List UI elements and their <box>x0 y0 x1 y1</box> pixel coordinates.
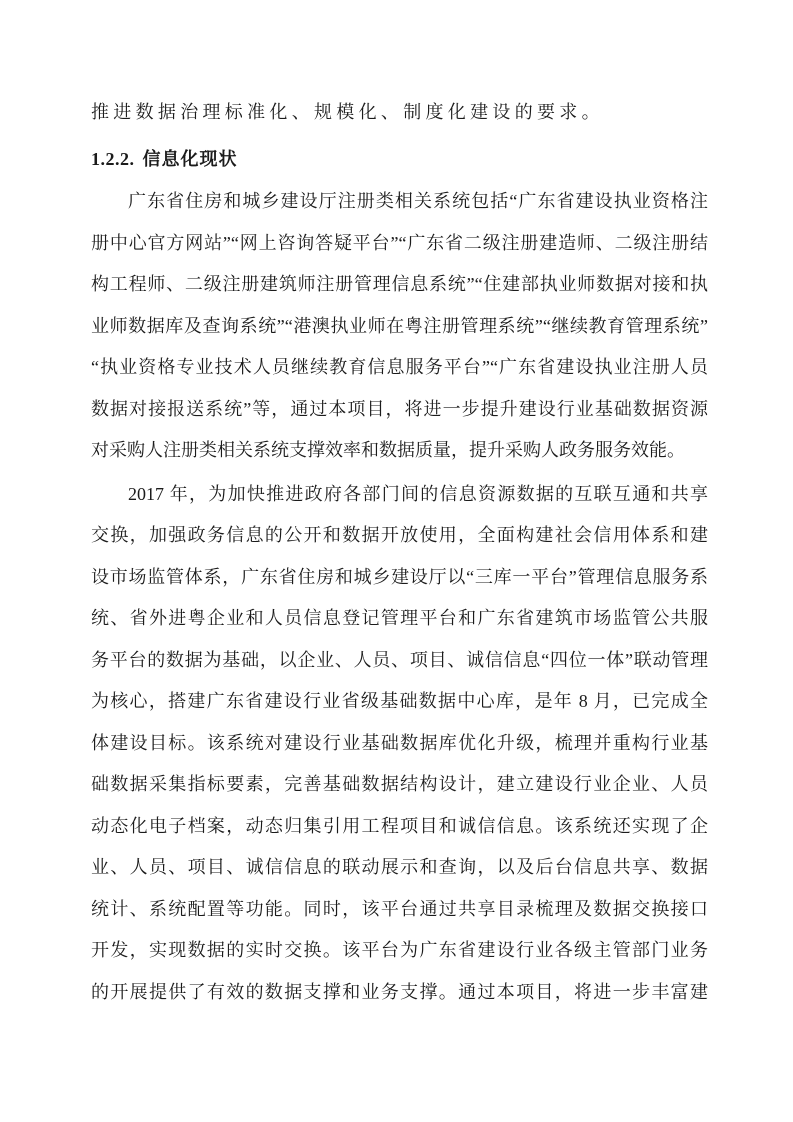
paragraph-continuation-line: 推进数据治理标准化、规模化、制度化建设的要求。 <box>91 92 708 134</box>
text-line: 设市场监管体系，广东省住房和城乡建设厅以“三库一平台”管理信息服务系 <box>91 557 708 599</box>
text-line: 为核心，搭建广东省建设行业省级基础数据中心库，是年 8 月，已完成全 <box>91 681 708 723</box>
section-heading-number: 1.2.2. <box>91 149 135 169</box>
text-line: 对采购人注册类相关系统支撑效率和数据质量，提升采购人政务服务效能。 <box>91 430 708 472</box>
text-line: 统计、系统配置等功能。同时，该平台通过共享目录梳理及数据交换接口 <box>91 889 708 931</box>
text-line: 数据对接报送系统”等，通过本项目，将进一步提升建设行业基础数据资源 <box>91 389 708 431</box>
paragraphs-container: 广东省住房和城乡建设厅注册类相关系统包括“广东省建设执业资格注册中心官方网站”“… <box>91 181 708 1013</box>
text-line: 体建设目标。该系统对建设行业基础数据库优化升级，梳理并重构行业基 <box>91 723 708 765</box>
text-line: 务平台的数据为基础，以企业、人员、项目、诚信信息“四位一体”联动管理 <box>91 640 708 682</box>
text-line: 动态化电子档案，动态归集引用工程项目和诚信信息。该系统还实现了企 <box>91 806 708 848</box>
paragraph: 2017 年，为加快推进政府各部门间的信息资源数据的互联互通和共享交换，加强政务… <box>91 474 708 1014</box>
document-page: 推进数据治理标准化、规模化、制度化建设的要求。 1.2.2.信息化现状 广东省住… <box>0 0 793 1122</box>
text-line: 业、人员、项目、诚信信息的联动展示和查询，以及后台信息共享、数据 <box>91 847 708 889</box>
document-content: 推进数据治理标准化、规模化、制度化建设的要求。 1.2.2.信息化现状 广东省住… <box>91 92 708 1013</box>
text-line: 册中心官方网站”“网上咨询答疑平台”“广东省二级注册建造师、二级注册结 <box>91 223 708 265</box>
text-line: 广东省住房和城乡建设厅注册类相关系统包括“广东省建设执业资格注 <box>91 181 708 223</box>
text-line: 2017 年，为加快推进政府各部门间的信息资源数据的互联互通和共享 <box>91 474 708 516</box>
text-line: 交换，加强政务信息的公开和数据开放使用，全面构建社会信用体系和建 <box>91 515 708 557</box>
section-heading-title: 信息化现状 <box>143 149 238 169</box>
section-heading: 1.2.2.信息化现状 <box>91 139 708 181</box>
text-line: 构工程师、二级注册建筑师注册管理信息系统”“住建部执业师数据对接和执 <box>91 264 708 306</box>
text-line: 础数据采集指标要素，完善基础数据结构设计，建立建设行业企业、人员 <box>91 764 708 806</box>
text-line: 的开展提供了有效的数据支撑和业务支撑。通过本项目，将进一步丰富建 <box>91 972 708 1014</box>
text-line: 开发，实现数据的实时交换。该平台为广东省建设行业各级主管部门业务 <box>91 930 708 972</box>
text-line: 统、省外进粤企业和人员信息登记管理平台和广东省建筑市场监管公共服 <box>91 598 708 640</box>
text-line: 业师数据库及查询系统”“港澳执业师在粤注册管理系统”“继续教育管理系统” <box>91 306 708 348</box>
paragraph: 广东省住房和城乡建设厅注册类相关系统包括“广东省建设执业资格注册中心官方网站”“… <box>91 181 708 472</box>
text-line: “执业资格专业技术人员继续教育信息服务平台”“广东省建设执业注册人员 <box>91 347 708 389</box>
